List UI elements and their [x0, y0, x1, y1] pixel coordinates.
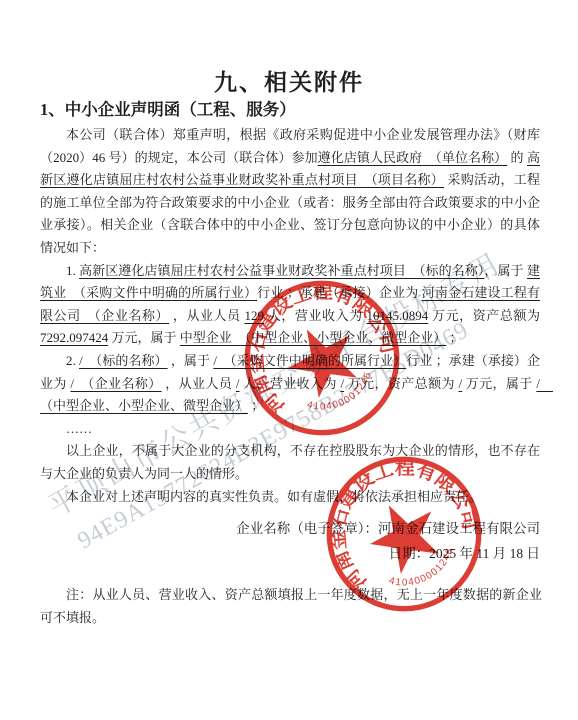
filled-value: 7292.097424 — [40, 330, 108, 345]
document-page: 平顶山市公共资源交易平台投标专用 94E9A13772624D3E9758B27… — [0, 0, 578, 720]
text-run: 2. — [66, 353, 79, 368]
paragraph-declaration-intro: 本公司（联合体）郑重声明，根据《政府采购促进中小企业发展管理办法》（财库（202… — [40, 124, 540, 260]
text-run: 万元，资产总额为 — [428, 308, 540, 323]
filled-value: 高新区遵化店镇屈庄村农村公益事业财政奖补重点村项目 （标的名称） — [79, 263, 484, 278]
text-run: ，从业人员 — [162, 376, 236, 391]
filled-value: / （企业名称） — [70, 376, 161, 391]
text-run: ； — [446, 330, 462, 345]
text-run: 万元，属于 — [108, 330, 180, 345]
text-run: 1. — [66, 263, 79, 278]
text-run: ，属于 — [484, 263, 527, 278]
section-heading: 1、中小企业声明函（工程、服务） — [40, 96, 296, 120]
filled-value: / （标的名称） — [79, 353, 168, 368]
text-run: 万元，属于 — [462, 376, 536, 391]
page-title: 九、相关附件 — [0, 64, 578, 97]
text-run: 的 — [507, 150, 527, 165]
filled-value: 遵化店镇人民政府 （单位名称） — [318, 150, 508, 165]
text-run: ，属于 — [168, 353, 214, 368]
